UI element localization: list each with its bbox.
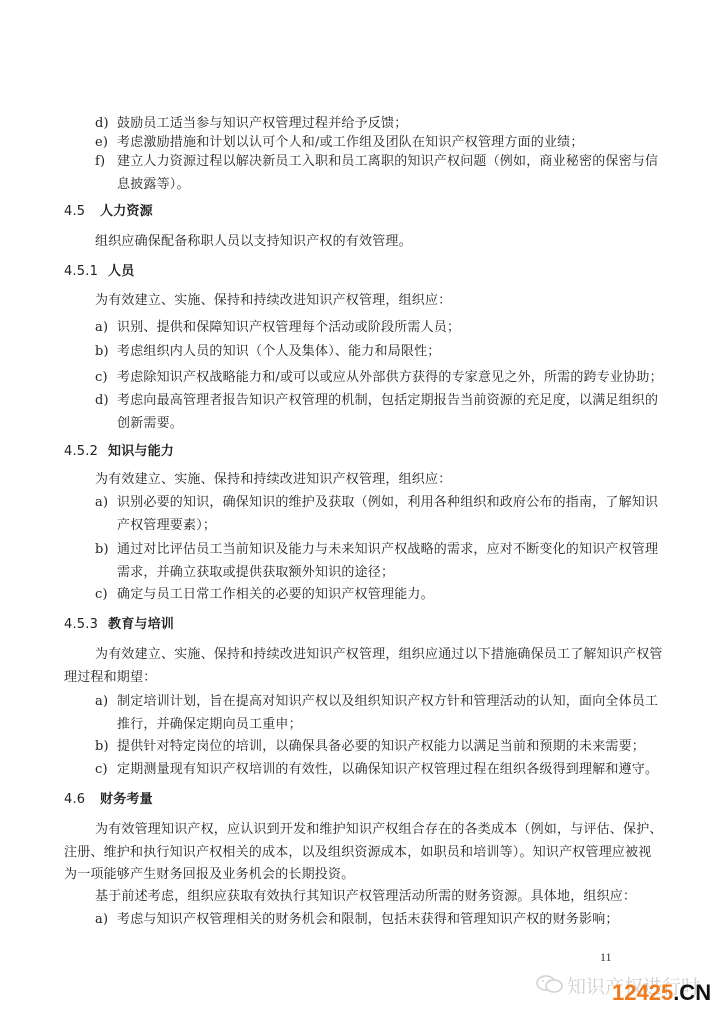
section-number: 4.5.2 bbox=[64, 443, 108, 461]
list-item-text: 考虑向最高管理者报告知识产权管理的机制，包括定期报告当前资源的充足度，以满足组织… bbox=[117, 392, 658, 410]
list-item-text: 定期测量现有知识产权培训的有效性，以确保知识产权管理过程在组织各级得到理解和遵守… bbox=[117, 761, 658, 779]
list-item-text: 需求，并确立获取或提供获取额外知识的途径； bbox=[117, 564, 394, 582]
section-heading: 4.5.3教育与培训 bbox=[64, 616, 174, 634]
page-number: 11 bbox=[600, 950, 612, 965]
site-brand: 12425.CN bbox=[612, 982, 711, 1004]
list-marker: a) bbox=[95, 319, 108, 337]
section-number: 4.5 bbox=[64, 203, 100, 221]
section-title: 人力资源 bbox=[100, 204, 153, 219]
paragraph-line: 注册、维护和执行知识产权相关的成本，以及组织资源成本，如职员和培训等）。知识产权… bbox=[64, 844, 652, 862]
section-number: 4.5.1 bbox=[64, 263, 108, 281]
list-item-text: 创新需要。 bbox=[117, 415, 183, 433]
list-marker: d) bbox=[95, 115, 109, 133]
list-marker: c) bbox=[95, 586, 108, 604]
list-marker: b) bbox=[95, 343, 109, 361]
list-item-text: 建立人力资源过程以解决新员工入职和员工离职的知识产权问题（例如，商业秘密的保密与… bbox=[117, 153, 658, 171]
section-title: 知识与能力 bbox=[108, 444, 174, 459]
section-title: 教育与培训 bbox=[108, 617, 174, 632]
list-item-text: 提供针对特定岗位的培训，以确保具备必要的知识产权能力以满足当前和预期的未来需要； bbox=[117, 738, 645, 756]
list-marker: a) bbox=[95, 911, 108, 929]
list-item-text: 考虑组织内人员的知识（个人及集体）、能力和局限性； bbox=[117, 343, 441, 361]
list-item-text: 产权管理要素）； bbox=[117, 517, 216, 535]
wechat-icon bbox=[535, 974, 565, 994]
list-marker: a) bbox=[95, 693, 108, 711]
list-marker: c) bbox=[95, 761, 108, 779]
list-item-text: 推行，并确保定期向员工重申； bbox=[117, 716, 302, 734]
list-item-text: 确定与员工日常工作相关的必要的知识产权管理能力。 bbox=[117, 586, 434, 604]
list-marker: b) bbox=[95, 541, 109, 559]
list-item-text: 考虑除知识产权战略能力和/或可以或应从外部供方获得的专家意见之外，所需的跨专业协… bbox=[117, 369, 663, 387]
section-heading: 4.5人力资源 bbox=[64, 203, 153, 221]
paragraph-line: 为一项能够产生财务回报及业务机会的长期投资。 bbox=[64, 866, 354, 884]
paragraph-line: 为有效建立、实施、保持和持续改进知识产权管理，组织应通过以下措施确保员工了解知识… bbox=[95, 646, 663, 664]
paragraph-line: 为有效建立、实施、保持和持续改进知识产权管理，组织应： bbox=[95, 471, 451, 489]
paragraph-line: 理过程和期望： bbox=[64, 669, 156, 687]
list-marker: f) bbox=[95, 153, 105, 171]
section-title: 人员 bbox=[108, 264, 134, 279]
list-item-text: 制定培训计划，旨在提高对知识产权以及组织知识产权方针和管理活动的认知，面向全体员… bbox=[117, 693, 658, 711]
section-title: 财务考量 bbox=[100, 792, 153, 807]
paragraph-line: 组织应确保配备称职人员以支持知识产权的有效管理。 bbox=[95, 233, 412, 251]
list-item-text: 考虑与知识产权管理相关的财务机会和限制，包括未获得和管理知识产权的财务影响； bbox=[117, 911, 619, 929]
list-marker: a) bbox=[95, 494, 108, 512]
paragraph-line: 为有效建立、实施、保持和持续改进知识产权管理，组织应： bbox=[95, 292, 451, 310]
section-number: 4.6 bbox=[64, 791, 100, 809]
list-item-text: 息披露等）。 bbox=[117, 176, 190, 194]
section-number: 4.5.3 bbox=[64, 616, 108, 634]
list-item-text: 考虑激励措施和计划以认可个人和/或工作组及团队在知识产权管理方面的业绩； bbox=[117, 134, 584, 152]
list-marker: b) bbox=[95, 738, 109, 756]
list-item-text: 识别必要的知识，确保知识的维护及获取（例如，利用各种组织和政府公布的指南，了解知… bbox=[117, 494, 658, 512]
list-marker: c) bbox=[95, 369, 108, 387]
site-brand-tld: .CN bbox=[673, 980, 711, 1005]
section-heading: 4.5.2知识与能力 bbox=[64, 443, 174, 461]
site-brand-number: 12425 bbox=[612, 980, 673, 1005]
list-item-text: 鼓励员工适当参与知识产权管理过程并给予反馈； bbox=[117, 115, 407, 133]
paragraph-line: 基于前述考虑，组织应获取有效执行其知识产权管理活动所需的财务资源。具体地，组织应… bbox=[95, 888, 636, 906]
list-marker: d) bbox=[95, 392, 109, 410]
section-heading: 4.6财务考量 bbox=[64, 791, 153, 809]
list-item-text: 识别、提供和保障知识产权管理每个活动或阶段所需人员； bbox=[117, 319, 460, 337]
section-heading: 4.5.1人员 bbox=[64, 263, 134, 281]
paragraph-line: 为有效管理知识产权，应认识到开发和维护知识产权组合存在的各类成本（例如，与评估、… bbox=[95, 821, 663, 839]
list-marker: e) bbox=[95, 134, 108, 152]
list-item-text: 通过对比评估员工当前知识及能力与未来知识产权战略的需求，应对不断变化的知识产权管… bbox=[117, 541, 658, 559]
